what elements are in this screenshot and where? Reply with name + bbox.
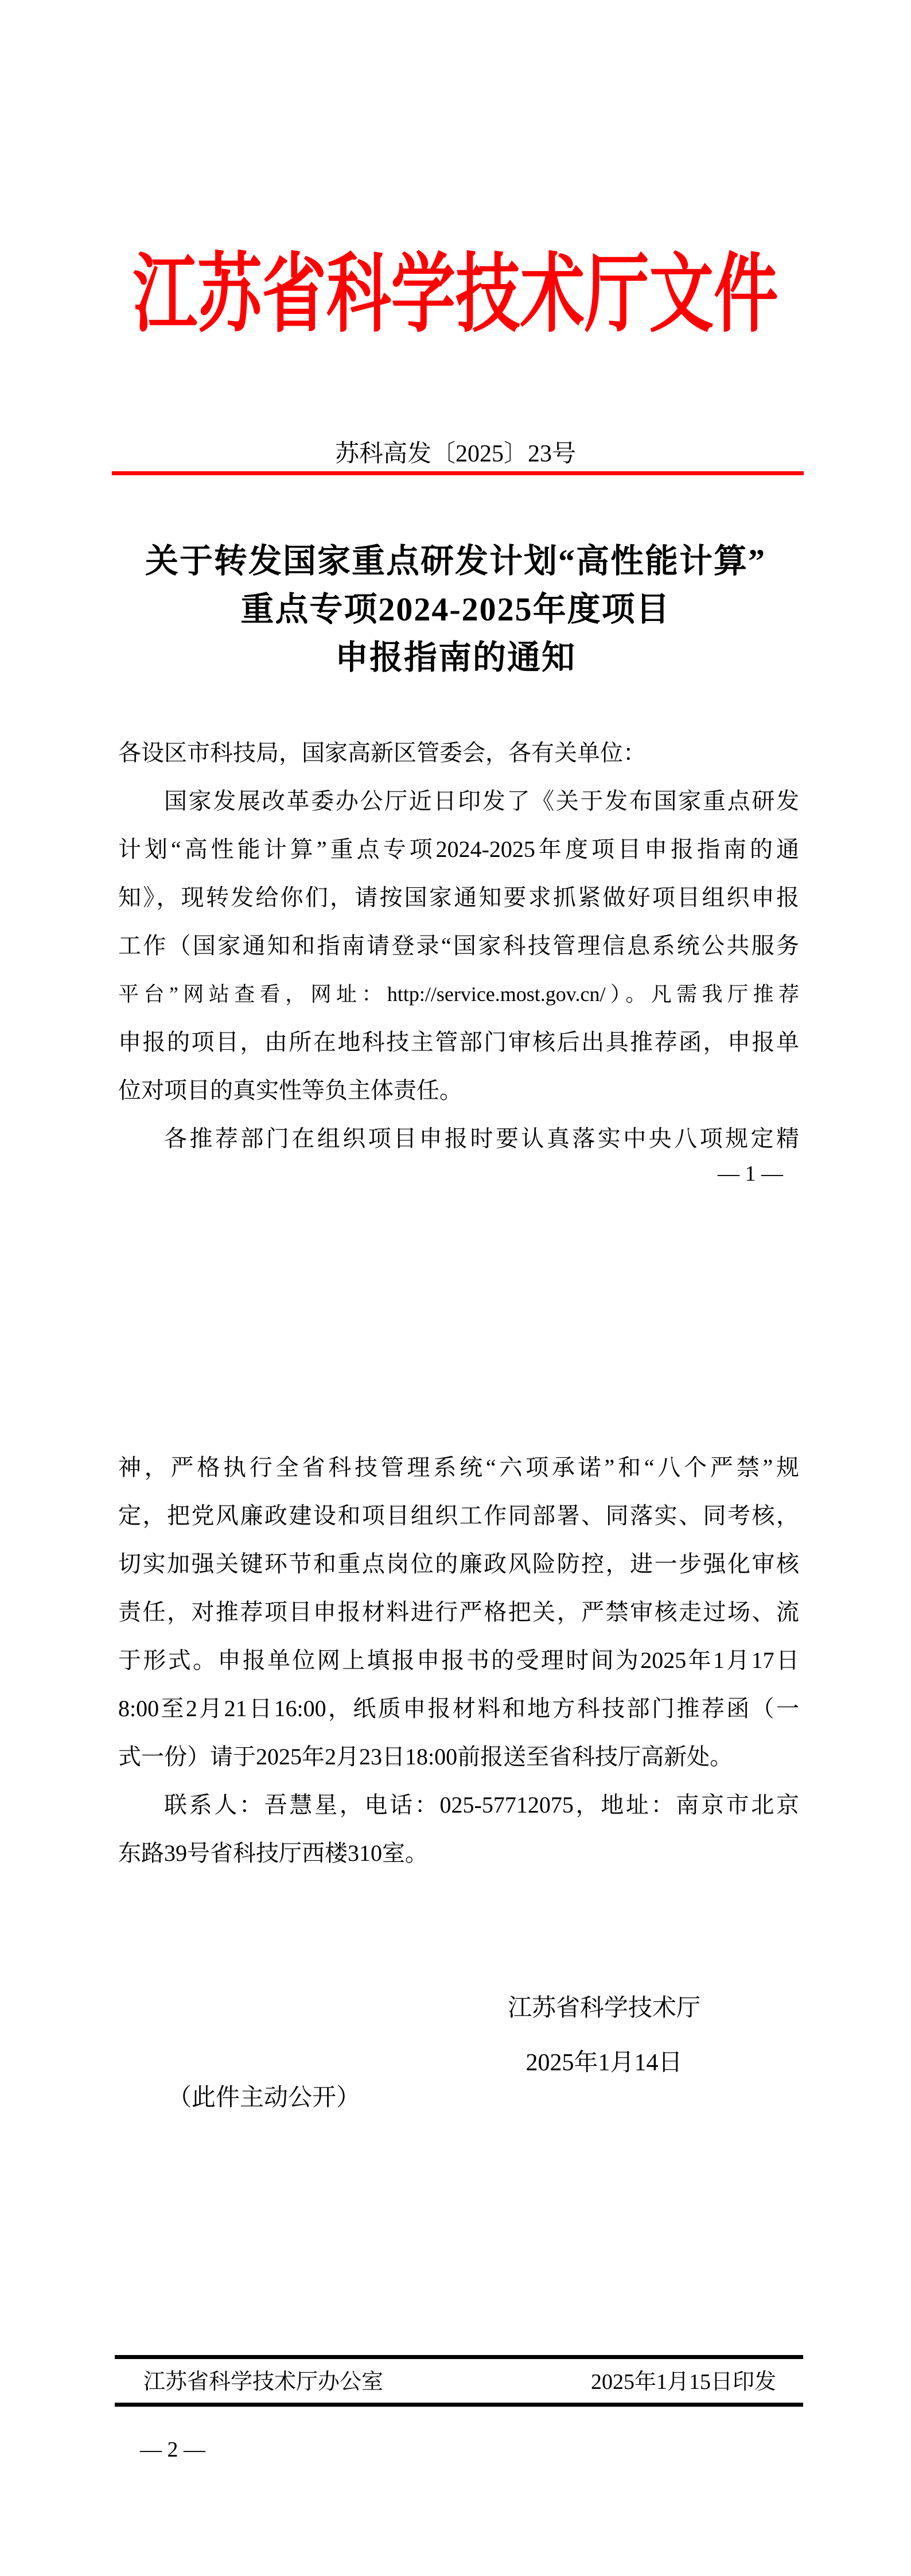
red-divider-rule <box>112 471 804 475</box>
notice-title-line: 重点专项2024-2025年度项目 <box>0 585 911 634</box>
disclosure-note: （此件主动公开） <box>168 2079 360 2117</box>
signature-block: 江苏省科学技术厅 2025年1月14日 <box>118 1981 799 2090</box>
body-line: 定，把党风廉政建设和项目组织工作同部署、同落实、同考核， <box>118 1492 799 1540</box>
body-line: 国家发展改革委办公厅近日印发了《关于发布国家重点研发 <box>118 777 799 825</box>
footer-print-date: 2025年1月15日印发 <box>591 2366 776 2398</box>
signature-agency: 江苏省科学技术厅 <box>508 1981 700 2036</box>
doc-number: 苏科高发〔2025〕23号 <box>0 438 911 470</box>
footer-office: 江苏省科学技术厅办公室 <box>143 2366 383 2398</box>
body-line: 位对项目的真实性等负主体责任。 <box>118 1066 799 1115</box>
body-line: 知》，现转发给你们，请按国家通知要求抓紧做好项目组织申报 <box>118 874 799 922</box>
page2-number: — 2 — <box>140 2431 205 2469</box>
body-line-with-url: 平台”网站查看，网址：http://service.most.gov.cn/）。… <box>118 970 799 1018</box>
body-line: 式一份）请于2025年2月23日18:00前报送至省科技厅高新处。 <box>118 1733 799 1781</box>
page1-body: 各设区市科技局，国家高新区管委会，各有关单位： 国家发展改革委办公厅近日印发了《… <box>118 729 799 1163</box>
print-footer: 江苏省科学技术厅办公室 2025年1月15日印发 <box>118 2366 799 2398</box>
body-line: 8:00至2月21日16:00，纸质申报材料和地方科技部门推荐函（一 <box>118 1685 799 1733</box>
agency-red-title: 江苏省科学技术厅文件 <box>133 246 778 344</box>
body-line: 计划“高性能计算”重点专项2024-2025年度项目申报指南的通 <box>118 825 799 874</box>
body-line: 切实加强关键环节和重点岗位的廉政风险防控，进一步强化审核 <box>118 1540 799 1588</box>
page1-number: — 1 — <box>118 1155 799 1193</box>
body-line: 神，严格执行全省科技管理系统“六项承诺”和“八个严禁”规 <box>118 1444 799 1492</box>
contact-line: 联系人：吾慧星，电话：025-57712075，地址：南京市北京 <box>118 1781 799 1829</box>
page2-body: 神，严格执行全省科技管理系统“六项承诺”和“八个严禁”规 定，把党风廉政建设和项… <box>118 1444 799 1877</box>
contact-line: 东路39号省科技厅西楼310室。 <box>118 1829 799 1877</box>
body-line: 工作（国家通知和指南请登录“国家科技管理信息系统公共服务 <box>118 922 799 970</box>
footer-top-rule <box>115 2355 803 2359</box>
notice-title-line: 申报指南的通知 <box>0 634 911 682</box>
official-document: 江苏省科学技术厅文件 苏科高发〔2025〕23号 关于转发国家重点研发计划“高性… <box>0 0 911 2576</box>
signature-inner: 江苏省科学技术厅 2025年1月14日 <box>508 1981 700 2090</box>
body-line: 各设区市科技局，国家高新区管委会，各有关单位： <box>118 729 799 777</box>
notice-title: 关于转发国家重点研发计划“高性能计算” 重点专项2024-2025年度项目 申报… <box>0 537 911 682</box>
letterhead: 江苏省科学技术厅文件 <box>0 246 911 344</box>
notice-title-line: 关于转发国家重点研发计划“高性能计算” <box>0 537 911 585</box>
signature-date: 2025年1月14日 <box>508 2036 700 2090</box>
body-line: 责任，对推荐项目申报材料进行严格把关，严禁审核走过场、流 <box>118 1588 799 1636</box>
body-line: 申报的项目，由所在地科技主管部门审核后出具推荐函，申报单 <box>118 1018 799 1066</box>
footer-bottom-rule <box>115 2403 803 2407</box>
body-line: 于形式。申报单位网上填报申报书的受理时间为2025年1月17日 <box>118 1636 799 1685</box>
